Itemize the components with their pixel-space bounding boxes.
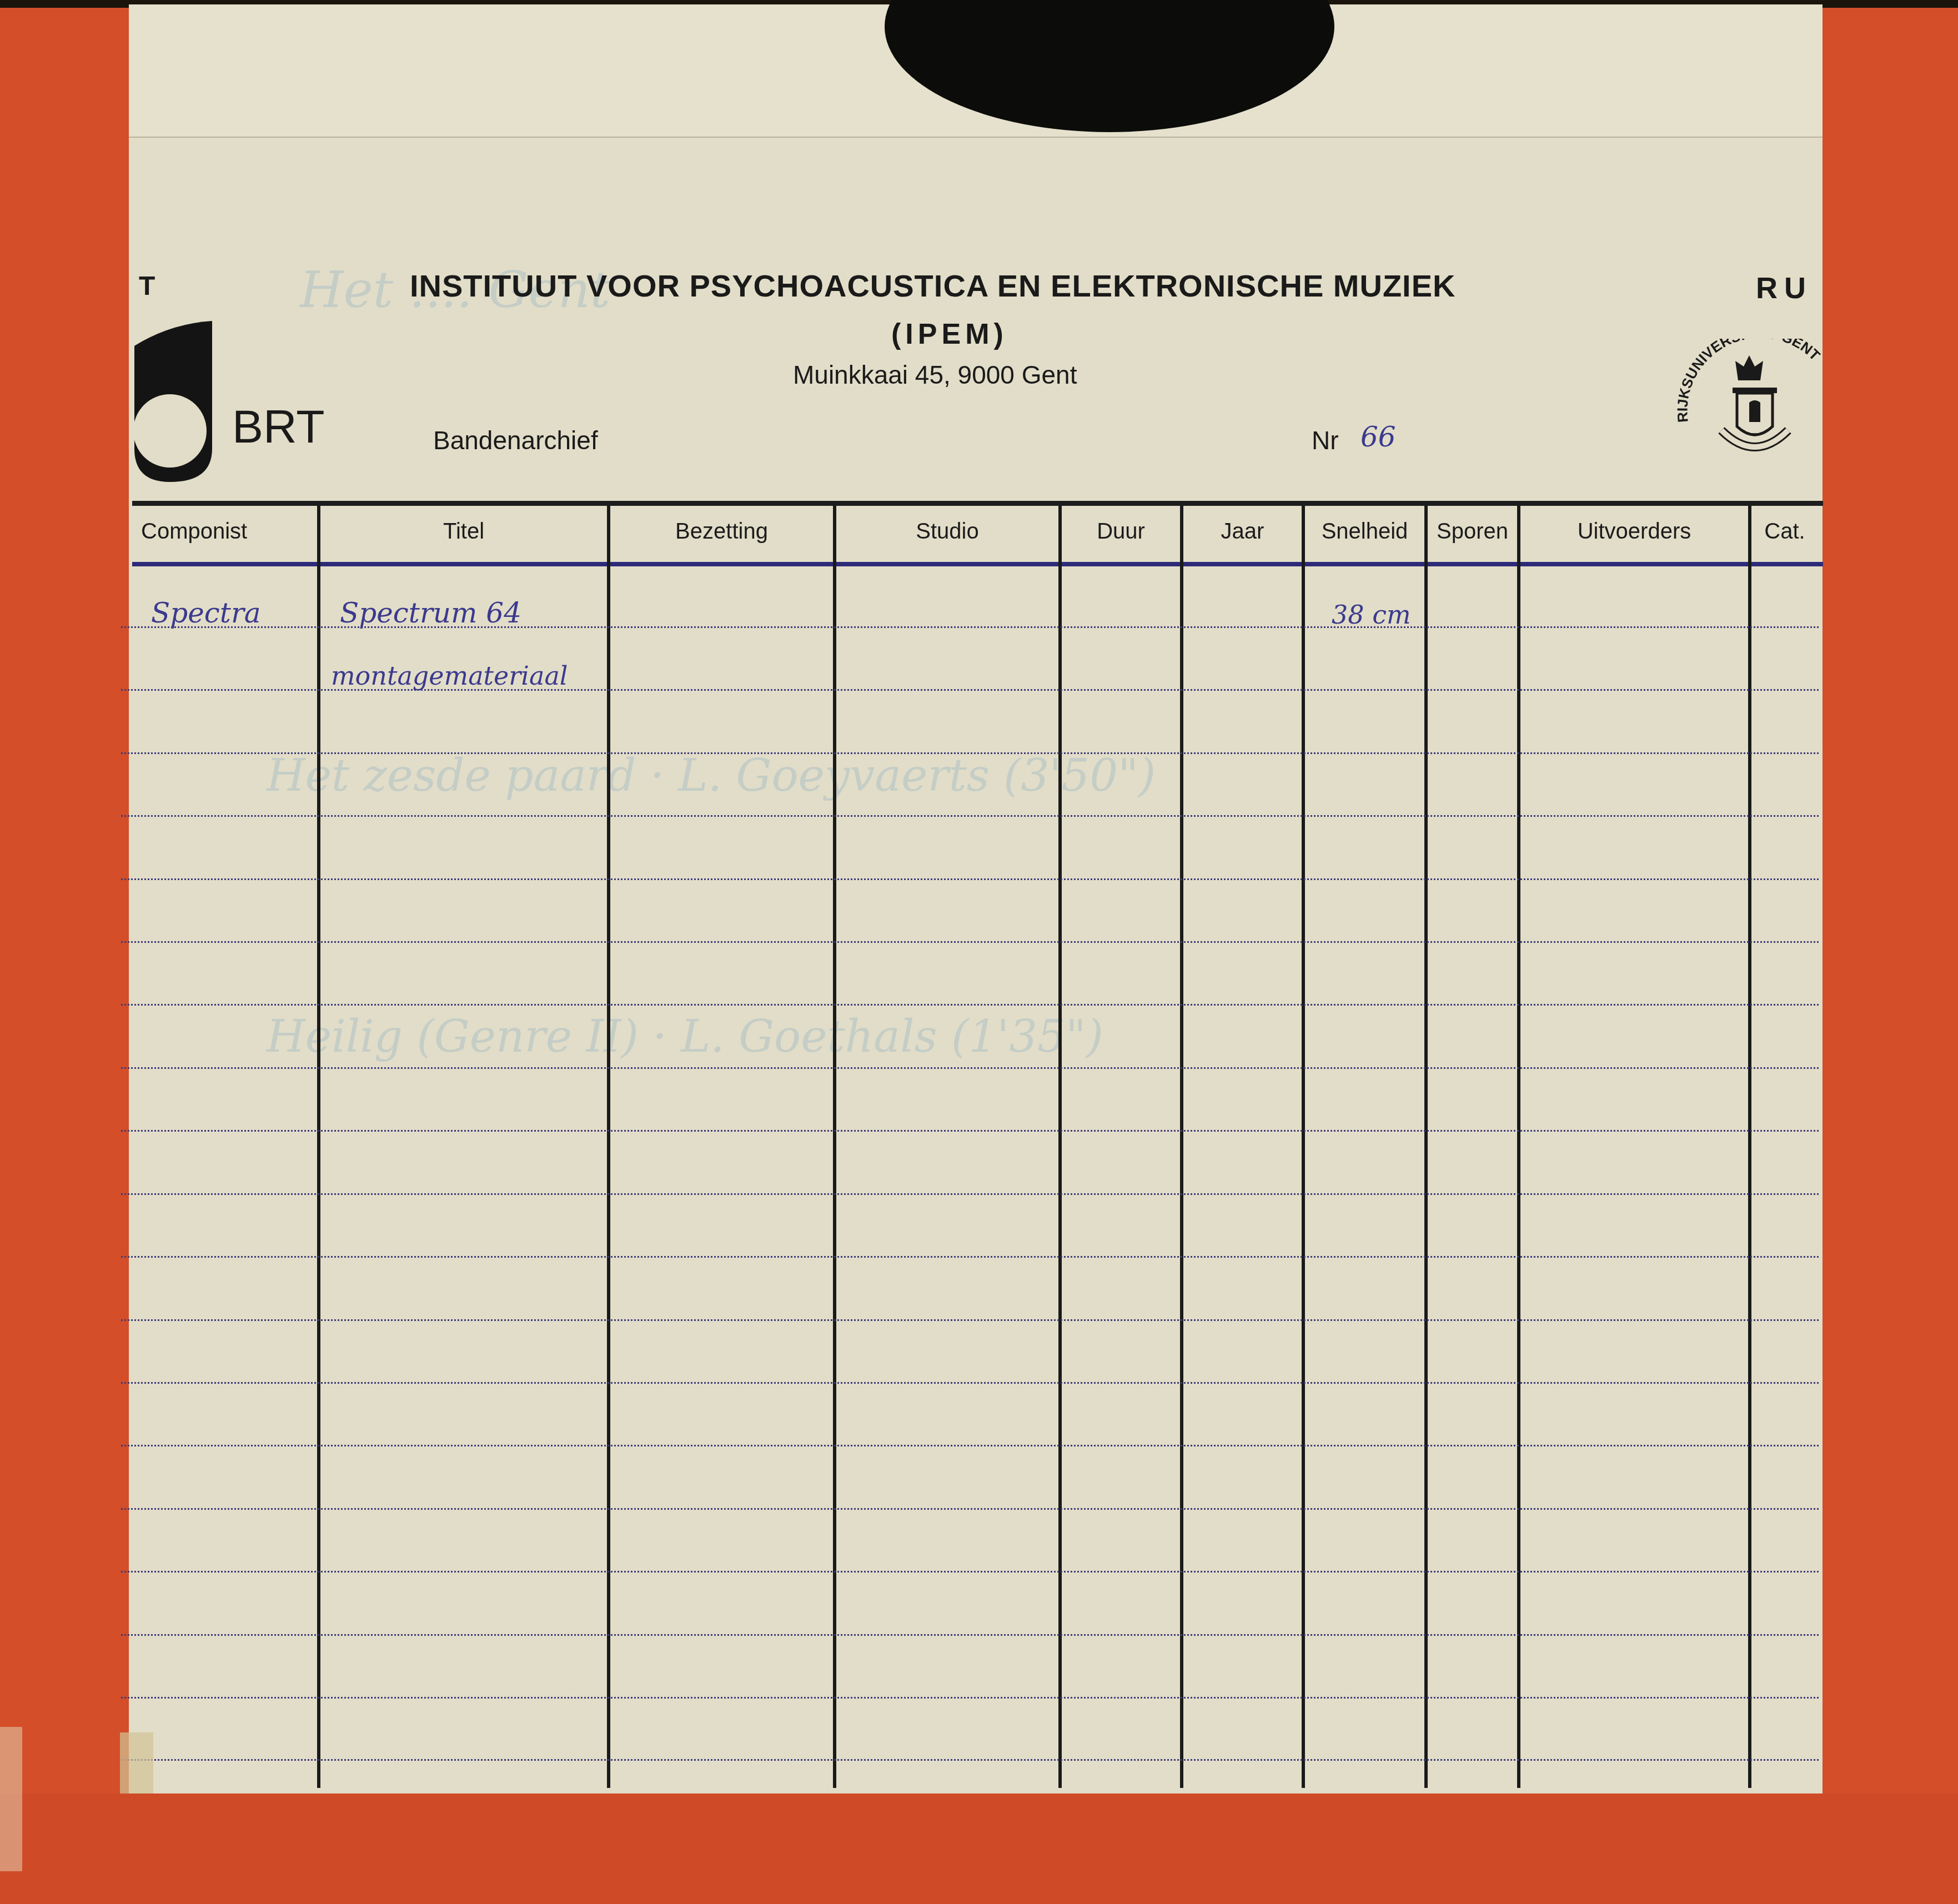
cell-titel: Spectrum 64	[340, 597, 521, 629]
institute-abbreviation: (IPEM)	[891, 318, 1008, 351]
column-header-sporen: Sporen	[1428, 519, 1517, 544]
ruled-line	[121, 1759, 1820, 1761]
brt-logo-text: BRT	[232, 400, 324, 454]
column-header-cat: Cat.	[1751, 519, 1818, 544]
institute-name: INSTITUUT VOOR PSYCHOACUSTICA EN ELEKTRO…	[410, 268, 1455, 304]
cell-snelheid: 38 cm	[1332, 600, 1411, 630]
ruled-line	[121, 1697, 1820, 1699]
seal-top-text: RIJKSUNIVERSITEIT-GENT	[1674, 339, 1824, 423]
ruled-line	[121, 1634, 1820, 1636]
column-divider	[1058, 505, 1062, 1788]
column-divider	[833, 505, 836, 1788]
brt-logo-icon	[131, 321, 214, 482]
column-divider	[317, 505, 320, 1788]
ruled-line	[121, 1067, 1820, 1069]
left-edge-letter: T	[139, 271, 155, 302]
column-divider	[1748, 505, 1751, 1788]
ruled-line	[121, 878, 1820, 880]
column-divider	[607, 505, 610, 1788]
ruled-line	[121, 1319, 1820, 1321]
university-seal-icon: RIJKSUNIVERSITEIT-GENT	[1671, 339, 1838, 472]
column-header-jaar: Jaar	[1183, 519, 1302, 544]
column-divider	[1424, 505, 1428, 1788]
column-header-componist: Componist	[133, 519, 324, 544]
table-header-bottom-rule	[132, 562, 1823, 566]
svg-text:RIJKSUNIVERSITEIT-GENT: RIJKSUNIVERSITEIT-GENT	[1674, 339, 1824, 423]
column-header-snelheid: Snelheid	[1305, 519, 1424, 544]
ruled-line	[121, 941, 1820, 943]
column-divider	[1517, 505, 1520, 1788]
column-divider	[1302, 505, 1305, 1788]
right-edge-letters: RU	[1756, 271, 1813, 305]
erased-pencil-mark: Heilig (Genre II) · L. Goethals (1'35")	[267, 1011, 1103, 1062]
institute-address: Muinkkaai 45, 9000 Gent	[793, 360, 1077, 390]
ruled-line	[121, 752, 1820, 754]
adhesive-tape	[0, 1727, 22, 1871]
ruled-line	[121, 1445, 1820, 1446]
ruled-line	[121, 815, 1820, 817]
ruled-line	[121, 1004, 1820, 1006]
erased-pencil-mark: Het zesde paard · L. Goeyvaerts (3'50")	[267, 750, 1156, 801]
ruled-line	[121, 1256, 1820, 1258]
cell-componist: Spectra	[151, 597, 261, 629]
ruled-line	[121, 1382, 1820, 1384]
column-header-bezetting: Bezetting	[610, 519, 833, 544]
adhesive-tape	[120, 1732, 153, 1794]
sleeve-bottom-flap	[0, 1794, 1958, 1904]
table-header-top-rule	[132, 501, 1823, 506]
column-header-uitvoerders: Uitvoerders	[1520, 519, 1748, 544]
ruled-line	[121, 1571, 1820, 1573]
column-divider	[1180, 505, 1183, 1788]
number-label: Nr	[1312, 425, 1339, 455]
cell-titel: montagemateriaal	[331, 661, 568, 691]
column-header-duur: Duur	[1062, 519, 1180, 544]
ruled-line	[121, 1508, 1820, 1510]
column-header-titel: Titel	[320, 519, 607, 544]
ruled-line	[121, 1193, 1820, 1195]
column-header-studio: Studio	[836, 519, 1058, 544]
archive-label: Bandenarchief	[433, 425, 598, 455]
ruled-line	[121, 1130, 1820, 1132]
number-value: 66	[1360, 421, 1396, 453]
